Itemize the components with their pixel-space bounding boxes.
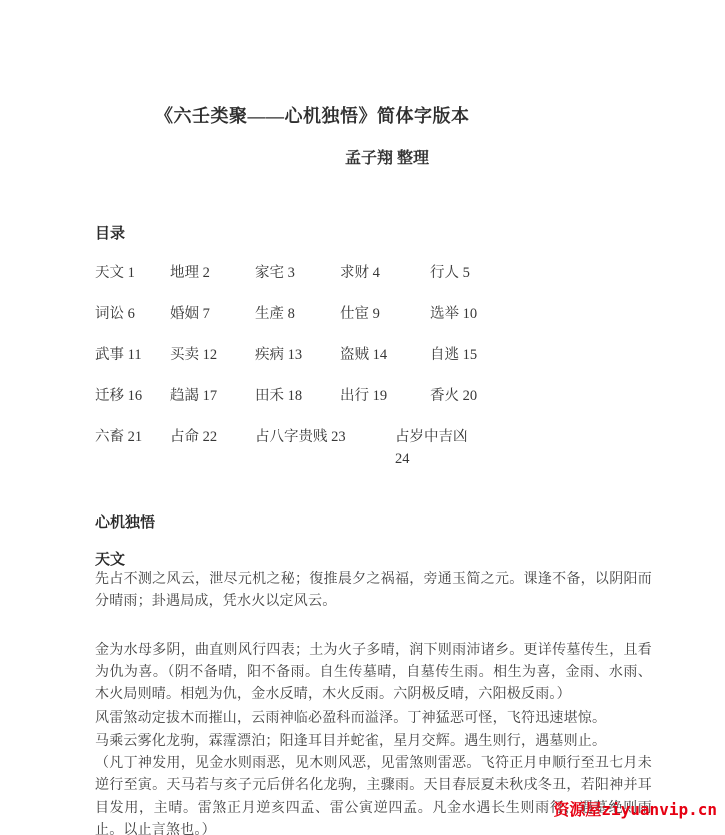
- paragraph: 金为水母多阴，曲直则风行四表；土为火子多晴，润下则雨沛诸乡。更详传墓传生，且看为…: [95, 640, 652, 707]
- paragraph-line: （凡丁神发用，见金水则雨恶，见木则风恶，见雷煞则雷恶。飞符正月申顺行至丑七月未逆…: [95, 753, 652, 835]
- paragraph-line: 风雷煞动定拔木而摧山，云雨神临必盈科而溢泽。丁神猛恶可怪，飞符迅速堪惊。: [95, 708, 652, 730]
- toc-entry: 地理 2: [170, 262, 255, 284]
- toc-entry: 求财 4: [340, 262, 430, 284]
- toc-entry: 天文 1: [95, 262, 170, 284]
- toc-row: 词讼 6 婚姻 7 生產 8 仕宦 9 选举 10: [95, 303, 652, 325]
- toc-entry: 词讼 6: [95, 303, 170, 325]
- toc-entry: 家宅 3: [255, 262, 340, 284]
- page-title: 《六壬类聚——心机独悟》简体字版本: [95, 102, 652, 128]
- toc-entry: 出行 19: [340, 385, 430, 407]
- paragraph-line: 马乘云雾化龙驹，霖霪漂泊；阳逢耳目并蛇雀，星月交辉。遇生则行，遇墓则止。: [95, 731, 652, 753]
- toc-entry: 生產 8: [255, 303, 340, 325]
- toc-entry: 行人 5: [430, 262, 470, 284]
- toc-row: 迁移 16 趋謁 17 田禾 18 出行 19 香火 20: [95, 385, 652, 407]
- toc-entry: 占岁中吉凶 24: [395, 426, 485, 470]
- toc-heading: 目录: [95, 222, 652, 243]
- toc-entry: 迁移 16: [95, 385, 170, 407]
- subsection-heading: 天文: [95, 551, 652, 569]
- toc-entry: 占命 22: [170, 426, 255, 470]
- toc-entry: 买卖 12: [170, 344, 255, 366]
- toc-entry: 婚姻 7: [170, 303, 255, 325]
- toc-row: 天文 1 地理 2 家宅 3 求财 4 行人 5: [95, 262, 652, 284]
- body-text: 先占不测之风云，泄尽元机之秘；復推晨夕之祸福，旁通玉简之元。课逢不备，以阴阳而分…: [95, 569, 652, 835]
- section-heading: 心机独悟: [95, 511, 652, 532]
- editor-line: 孟子翔 整理: [95, 145, 652, 168]
- toc-entry: 自逃 15: [430, 344, 477, 366]
- toc-row: 武事 11 买卖 12 疾病 13 盗贼 14 自逃 15: [95, 344, 652, 366]
- toc-entry: 六畜 21: [95, 426, 170, 470]
- paragraph-line: 金为水母多阴，曲直则风行四表；土为火子多晴，润下则雨沛诸乡。更详传墓传生，且看为…: [95, 640, 652, 707]
- toc-entry: 田禾 18: [255, 385, 340, 407]
- toc-entry: 仕宦 9: [340, 303, 430, 325]
- toc-entry: 疾病 13: [255, 344, 340, 366]
- toc-entry: 选举 10: [430, 303, 477, 325]
- toc-entry: 武事 11: [95, 344, 170, 366]
- paragraph-line: 先占不测之风云，泄尽元机之秘；復推晨夕之祸福，旁通玉简之元。课逢不备，以阴阳而分…: [95, 569, 652, 614]
- toc-entry: 趋謁 17: [170, 385, 255, 407]
- toc-entry: 盗贼 14: [340, 344, 430, 366]
- paragraph: 先占不测之风云，泄尽元机之秘；復推晨夕之祸福，旁通玉简之元。课逢不备，以阴阳而分…: [95, 569, 652, 614]
- toc-entry: 香火 20: [430, 385, 477, 407]
- document-page: 《六壬类聚——心机独悟》简体字版本 孟子翔 整理 目录 天文 1 地理 2 家宅…: [95, 0, 652, 835]
- table-of-contents: 天文 1 地理 2 家宅 3 求财 4 行人 5 词讼 6 婚姻 7 生產 8 …: [95, 262, 652, 470]
- toc-entry: 占八字贵贱 23: [255, 426, 395, 470]
- toc-row: 六畜 21 占命 22 占八字贵贱 23 占岁中吉凶 24: [95, 426, 652, 470]
- watermark: 资源屋ziyuanvip.cn: [553, 797, 717, 820]
